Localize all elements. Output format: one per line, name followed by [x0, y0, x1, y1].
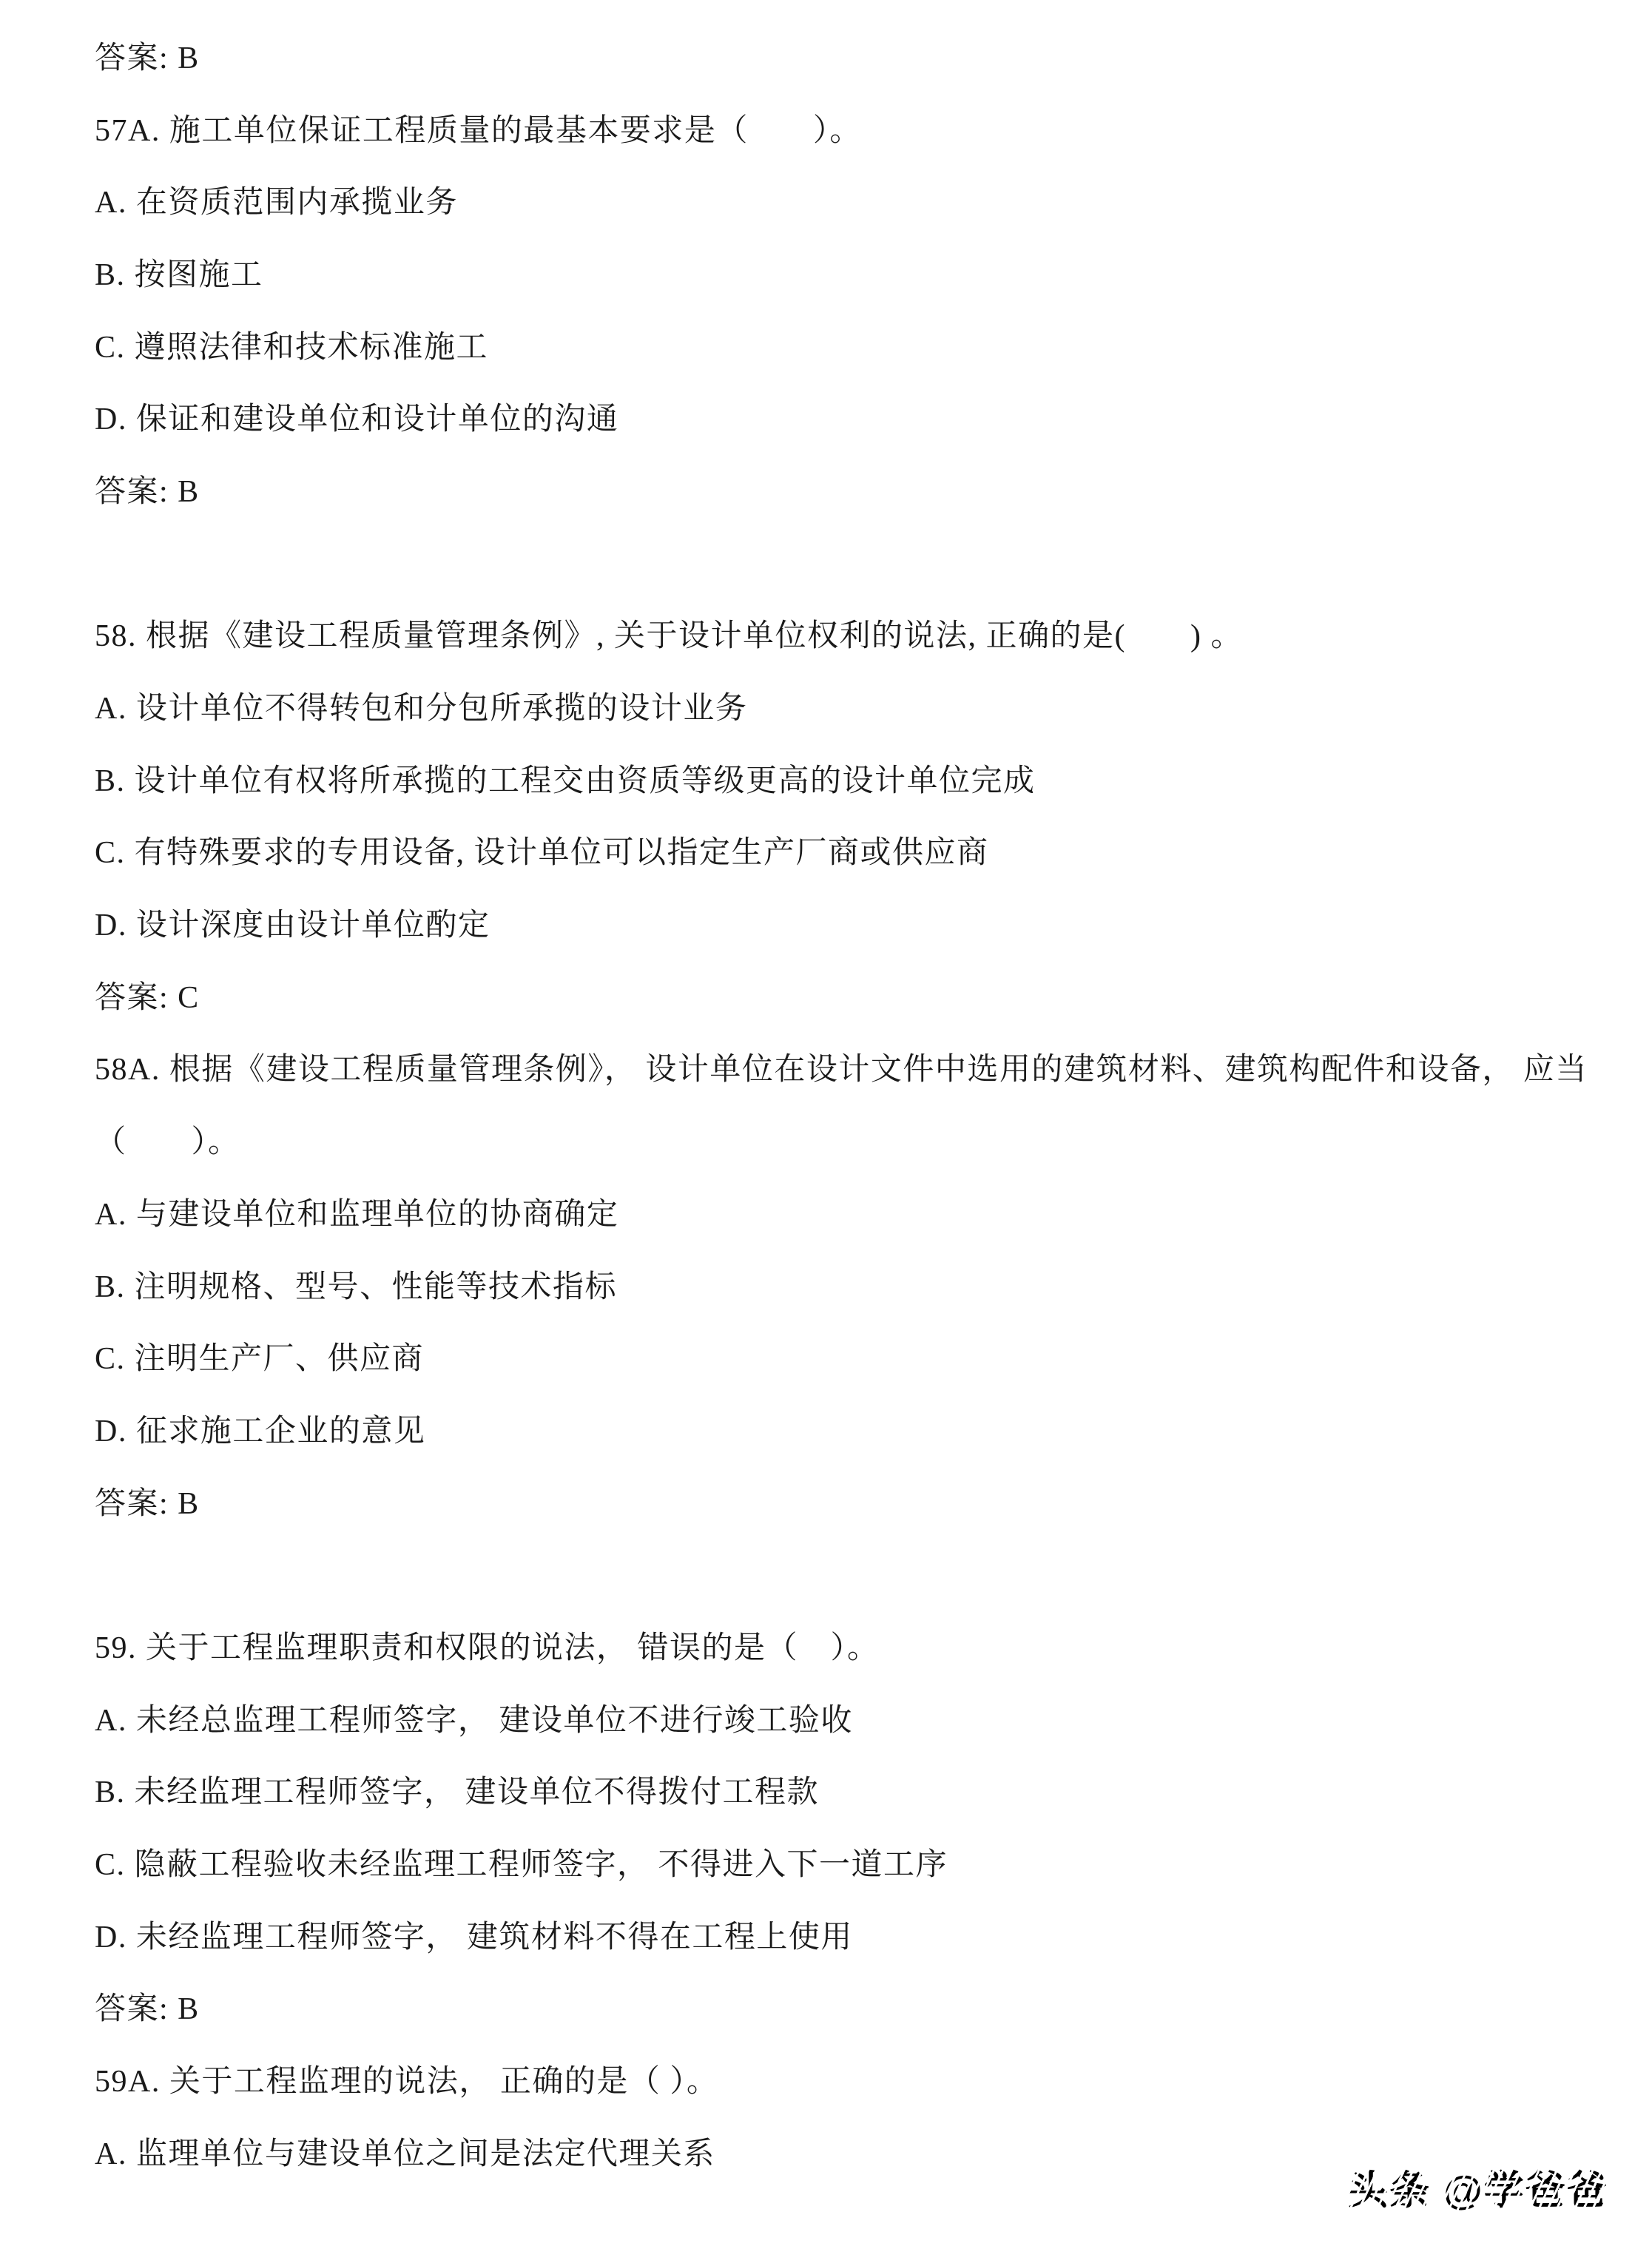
option-line-c: C. 有特殊要求的专用设备, 设计单位可以指定生产厂商或供应商	[95, 815, 1634, 887]
option-line-a: A. 与建设单位和监理单位的协商确定	[95, 1176, 1634, 1248]
option-line-c: C. 遵照法律和技术标准施工	[95, 308, 1634, 381]
option-line-d: D. 设计深度由设计单位酌定	[95, 886, 1634, 959]
question-57A: 57A. 施工单位保证工程质量的最基本要求是（ ）。	[95, 92, 1634, 164]
option-line-a: A. 在资质范围内承揽业务	[95, 163, 1634, 236]
option-line-c: C. 注明生产厂、供应商	[95, 1320, 1634, 1392]
answer-line: 答案: B	[95, 1971, 1634, 2043]
option-line-d: D. 保证和建设单位和设计单位的沟通	[95, 380, 1634, 453]
exam-question-page: 答案: B 57A. 施工单位保证工程质量的最基本要求是（ ）。 A. 在资质范…	[95, 19, 1634, 2188]
option-line-b: B. 未经监理工程师签字， 建设单位不得拨付工程款	[95, 1754, 1634, 1827]
option-line-a: A. 设计单位不得转包和分包所承揽的设计业务	[95, 670, 1634, 742]
option-line-a: A. 未经总监理工程师签字， 建设单位不进行竣工验收	[95, 1682, 1634, 1754]
answer-line: 答案: B	[95, 1465, 1634, 1537]
question-58A: 58A. 根据《建设工程质量管理条例》， 设计单位在设计文件中选用的建筑材料、建…	[95, 1031, 1634, 1104]
question-58: 58. 根据《建设工程质量管理条例》, 关于设计单位权利的说法, 正确的是( )…	[95, 598, 1634, 670]
option-line-b: B. 注明规格、型号、性能等技术指标	[95, 1248, 1634, 1321]
answer-line: 答案: B	[95, 453, 1634, 525]
option-line-b: B. 设计单位有权将所承揽的工程交由资质等级更高的设计单位完成	[95, 742, 1634, 815]
option-line-d: D. 征求施工企业的意见	[95, 1392, 1634, 1465]
watermark: 头条 @学爸爸	[1348, 2159, 1608, 2216]
question-58A-continuation: （ ）。	[95, 1103, 1634, 1176]
option-line-b: B. 按图施工	[95, 236, 1634, 308]
question-59: 59. 关于工程监理职责和权限的说法， 错误的是（ ）。	[95, 1609, 1634, 1682]
question-59A: 59A. 关于工程监理的说法， 正确的是（ ）。	[95, 2043, 1634, 2115]
option-line-c: C. 隐蔽工程验收未经监理工程师签字， 不得进入下一道工序	[95, 1826, 1634, 1898]
answer-line: 答案: C	[95, 959, 1634, 1031]
option-line-d: D. 未经监理工程师签字， 建筑材料不得在工程上使用	[95, 1898, 1634, 1971]
answer-line: 答案: B	[95, 19, 1634, 92]
